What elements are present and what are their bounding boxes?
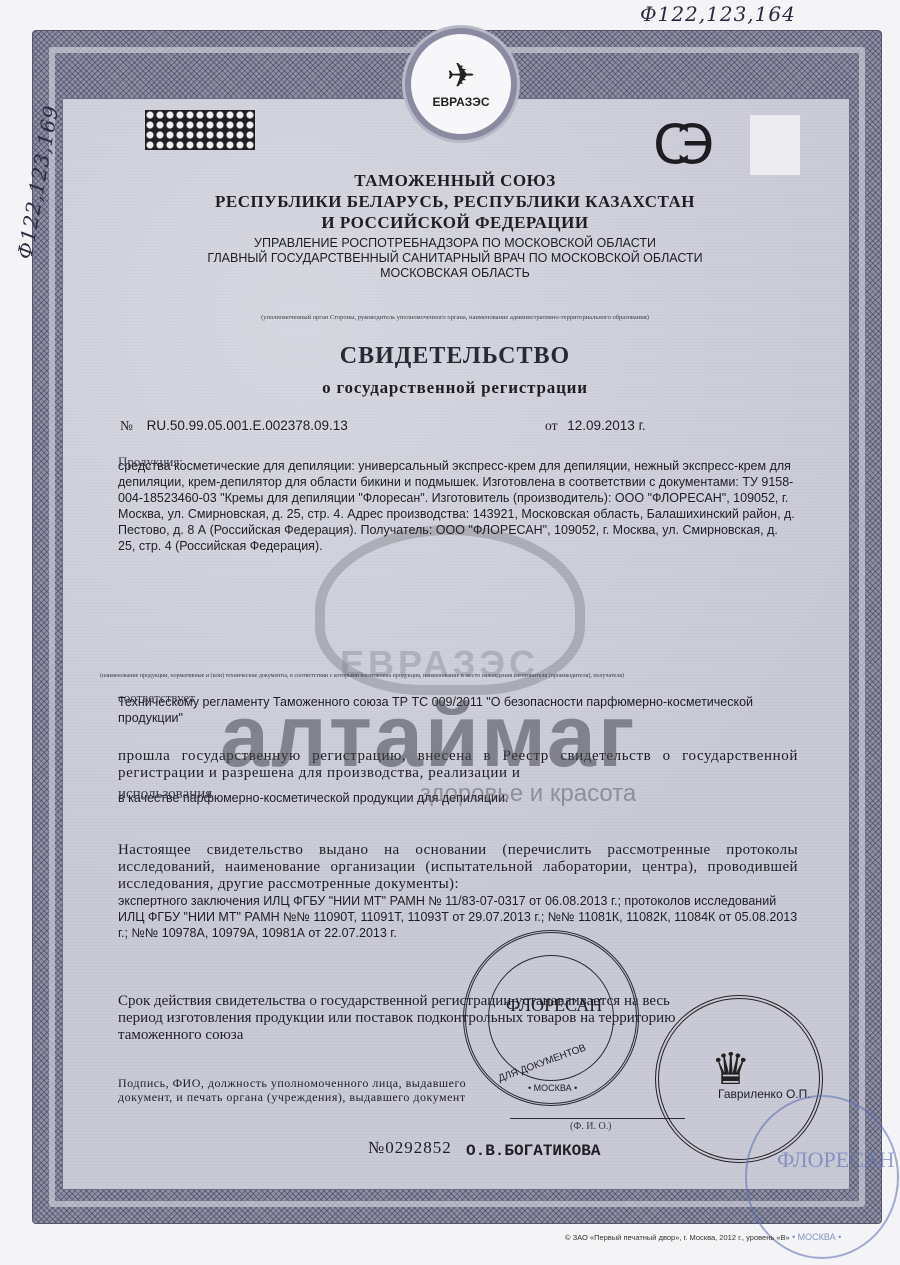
authority-line-1: УПРАВЛЕНИЕ РОСПОТРЕБНАДЗОРА ПО МОСКОВСКО… xyxy=(62,236,848,251)
company-stamp-city: • МОСКВА • xyxy=(528,1083,577,1093)
company-stamp: ФЛОРЕСАН ДЛЯ ДОКУМЕНТОВ • МОСКВА • xyxy=(463,930,639,1106)
product-section: Продукция: средства косметические для де… xyxy=(118,458,798,554)
security-pattern xyxy=(145,110,255,150)
union-line-1: ТАМОЖЕННЫЙ СОЮЗ xyxy=(62,170,848,191)
watermark-brand: алтаймаг xyxy=(220,685,637,787)
document-subtitle: о государственной регистрации xyxy=(62,378,848,398)
basis-intro: Настоящее свидетельство выдано на основа… xyxy=(118,842,798,893)
union-line-3: И РОССИЙСКОЙ ФЕДЕРАЦИИ xyxy=(62,212,848,233)
eaec-emblem-icon: ✈ xyxy=(447,59,476,93)
printer-imprint: © ЗАО «Первый печатный двор», г. Москва,… xyxy=(565,1233,790,1242)
date-value: 12.09.2013 г. xyxy=(567,418,645,433)
signature-caption: Подпись, ФИО, должность уполномоченного … xyxy=(118,1076,498,1104)
product-caption: (наименование продукции, нормативные и (… xyxy=(100,673,820,679)
union-line-2: РЕСПУБЛИКИ БЕЛАРУСЬ, РЕСПУБЛИКИ КАЗАХСТА… xyxy=(62,191,848,212)
conformity-mark-icon: СЭ xyxy=(653,115,733,175)
blue-stamp-name: ФЛОРЕСАН xyxy=(777,1147,895,1173)
eaec-logo-label: ЕВРАЗЭС xyxy=(432,95,489,109)
handwritten-number-top: Ф122,123,164 xyxy=(640,2,796,26)
date-label: от xyxy=(545,418,557,433)
basis-text: экспертного заключения ИЛЦ ФГБУ "НИИ МТ"… xyxy=(118,893,798,941)
blue-stamp-city: • МОСКВА • xyxy=(792,1232,841,1242)
number-value: RU.50.99.05.001.E.002378.09.13 xyxy=(147,418,348,433)
customs-union-heading: ТАМОЖЕННЫЙ СОЮЗ РЕСПУБЛИКИ БЕЛАРУСЬ, РЕС… xyxy=(62,170,848,233)
authority-line-3: МОСКОВСКАЯ ОБЛАСТЬ xyxy=(62,266,848,281)
company-stamp-name: ФЛОРЕСАН xyxy=(506,995,602,1016)
authority-heading: УПРАВЛЕНИЕ РОСПОТРЕБНАДЗОРА ПО МОСКОВСКО… xyxy=(62,236,848,281)
fio-caption: (Ф. И. О.) xyxy=(570,1121,612,1132)
certificate-date: от 12.09.2013 г. xyxy=(545,418,646,434)
blank-box xyxy=(750,115,800,175)
number-label: № xyxy=(120,418,133,433)
watermark-tagline: здоровье и красота xyxy=(420,780,636,808)
eaec-logo: ✈ ЕВРАЗЭС xyxy=(405,28,517,140)
product-text: средства косметические для депиляции: ун… xyxy=(118,458,798,554)
signature-line xyxy=(510,1118,685,1119)
certificate-number: № RU.50.99.05.001.E.002378.09.13 xyxy=(120,418,348,434)
document-title: СВИДЕТЕЛЬСТВО xyxy=(62,343,848,370)
authority-line-2: ГЛАВНЫЙ ГОСУДАРСТВЕННЫЙ САНИТАРНЫЙ ВРАЧ … xyxy=(62,251,848,266)
authority-caption: (уполномоченный орган Стороны, руководит… xyxy=(62,314,848,321)
blank-number: №0292852 xyxy=(368,1138,452,1158)
signer-name: О.В.БОГАТИКОВА xyxy=(466,1142,600,1160)
